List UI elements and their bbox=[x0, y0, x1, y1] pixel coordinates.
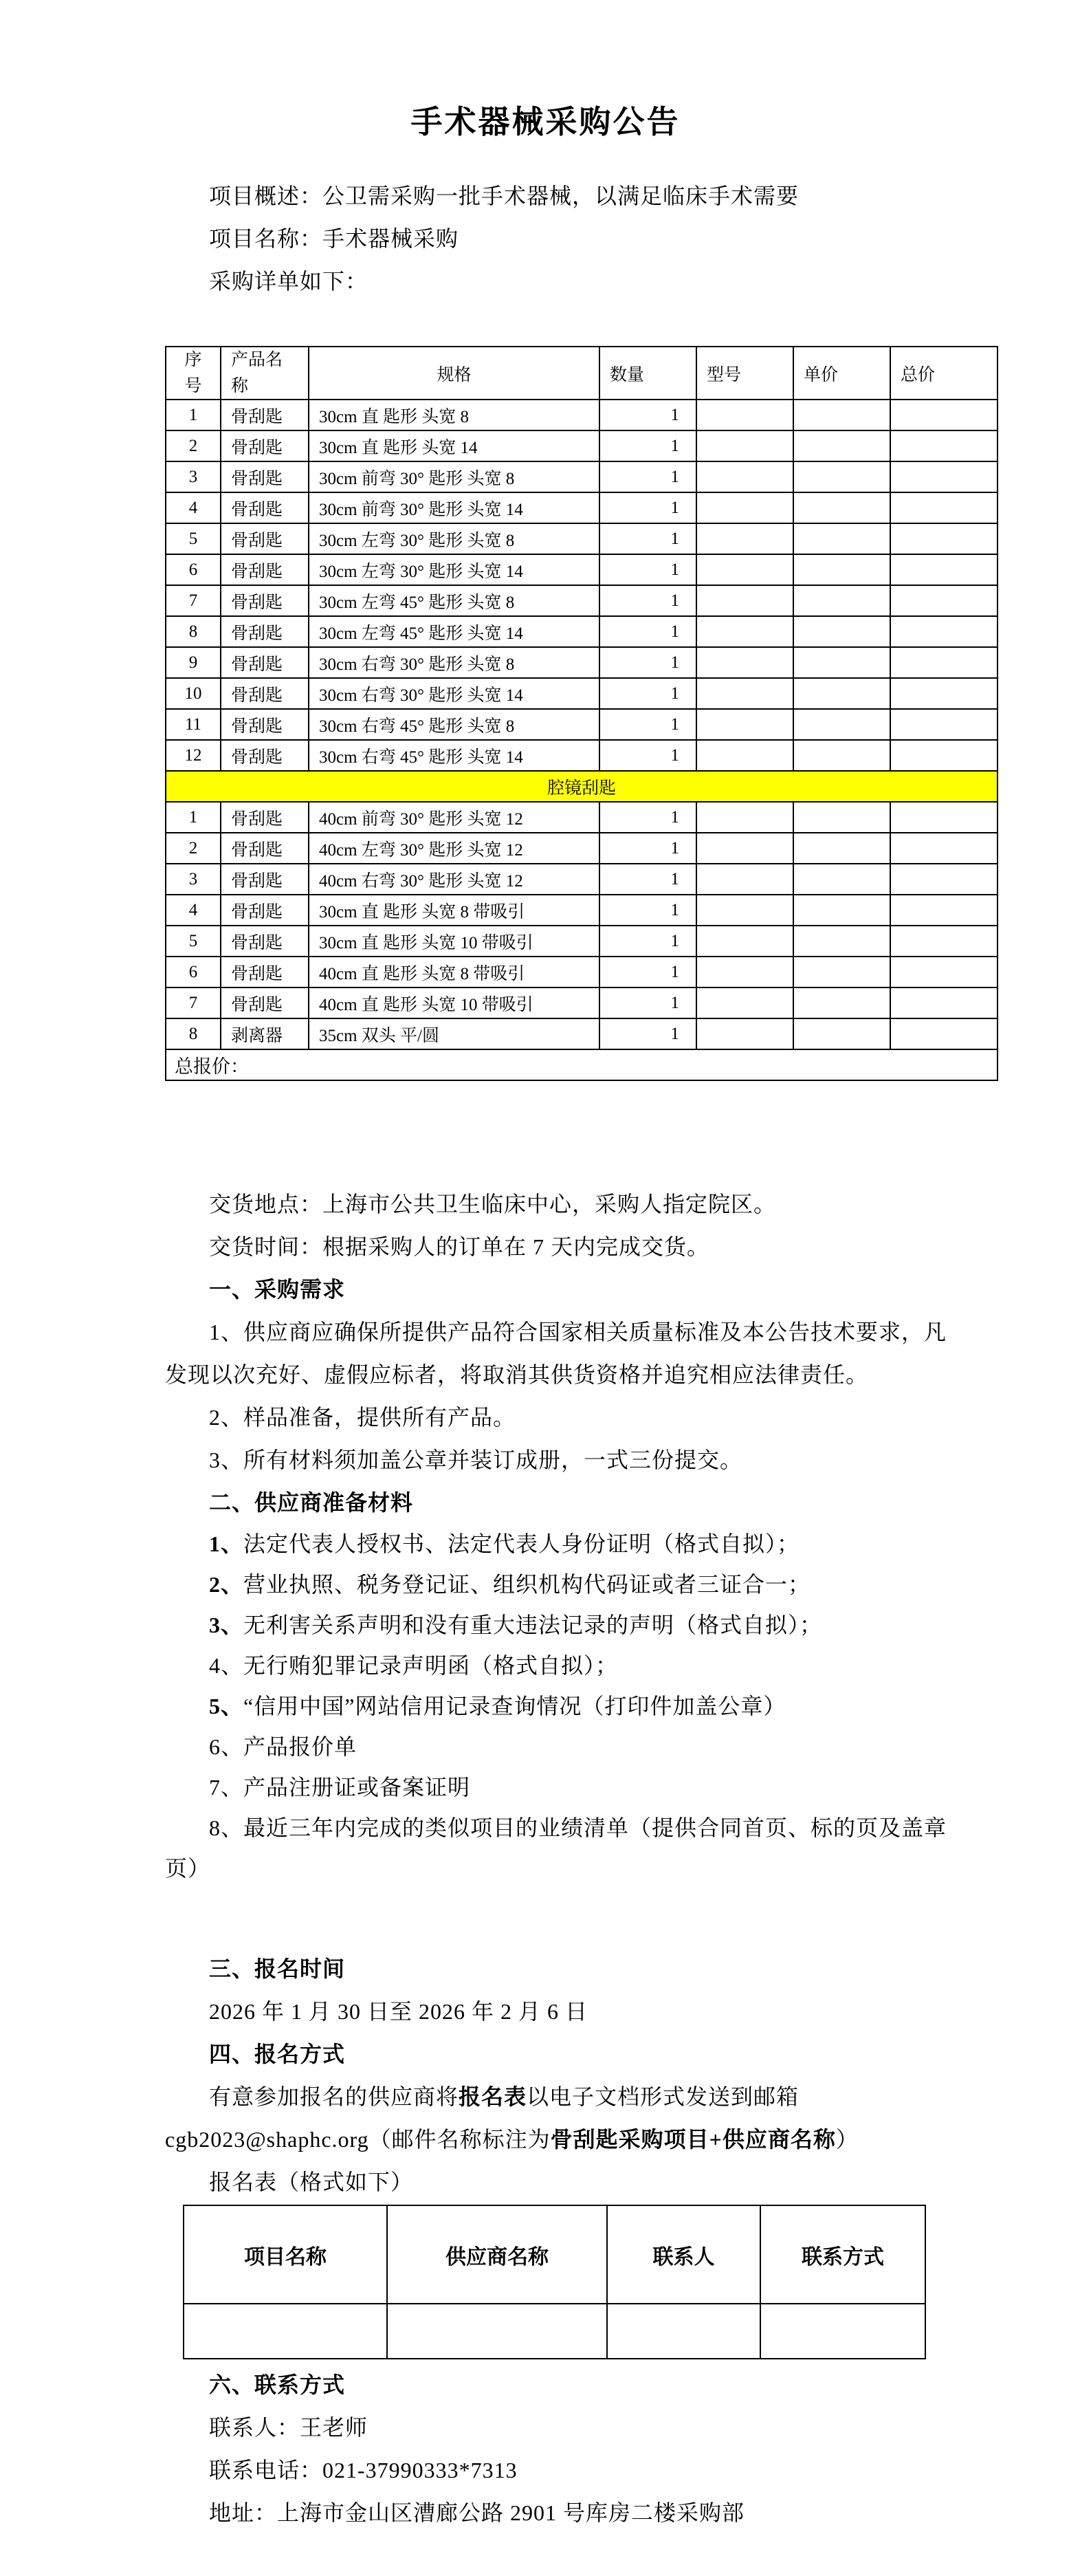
document-content: 项目概述：公卫需采购一批手术器械，以满足临床手术需要 项目名称：手术器械采购 采… bbox=[165, 175, 997, 2534]
model-cell bbox=[696, 492, 793, 523]
text-segment: 无利害关系声明和没有重大违法记录的声明（格式自拟）； bbox=[243, 1613, 822, 1637]
unit-price-cell bbox=[793, 678, 890, 709]
model-cell bbox=[696, 740, 793, 771]
row-number-cell: 1 bbox=[166, 400, 221, 430]
total-price-cell bbox=[890, 895, 998, 926]
spec-cell: 30cm 直 匙形 头宽 14 bbox=[309, 430, 599, 461]
material-item-2: 2、营业执照、税务登记证、组织机构代码证或者三证合一； bbox=[165, 1564, 997, 1605]
quantity-cell: 1 bbox=[599, 461, 696, 492]
unit-price-cell bbox=[793, 1018, 890, 1049]
row-number-cell: 11 bbox=[166, 709, 221, 740]
column-header-label: 序号 bbox=[181, 347, 206, 399]
quantity-cell: 1 bbox=[599, 833, 696, 864]
text-segment: 发现以次充好、虚假应标者，将取消其供货资格并追究相应法律责任。 bbox=[165, 1362, 868, 1387]
product-name-cell: 骨刮匙 bbox=[221, 926, 309, 957]
unit-price-cell bbox=[793, 430, 890, 461]
material-item-6: 6、产品报价单 bbox=[165, 1727, 997, 1767]
text-segment: “信用中国”网站信用记录查询情况（打印件加盖公章） bbox=[243, 1694, 786, 1718]
unit-price-cell bbox=[793, 987, 890, 1018]
total-price-cell bbox=[890, 492, 998, 523]
signup-column-header-3: 联系人 bbox=[607, 2205, 760, 2304]
section-divider-row: 腔镜刮匙 bbox=[166, 771, 998, 802]
product-name-cell: 骨刮匙 bbox=[221, 616, 309, 647]
signup-column-header-2: 供应商名称 bbox=[387, 2205, 607, 2304]
project-name: 项目名称：手术器械采购 bbox=[165, 217, 997, 260]
product-name-cell: 骨刮匙 bbox=[221, 864, 309, 895]
product-name-cell: 骨刮匙 bbox=[221, 740, 309, 771]
text-segment: 4、无行贿犯罪记录声明函（格式自拟）； bbox=[209, 1653, 618, 1678]
product-name-cell: 骨刮匙 bbox=[221, 678, 309, 709]
total-price-cell bbox=[890, 957, 998, 987]
section-divider-label: 腔镜刮匙 bbox=[166, 771, 998, 802]
spec-cell: 35cm 双头 平/圆 bbox=[309, 1018, 599, 1049]
procurement-row: 10骨刮匙30cm 右弯 30° 匙形 头宽 141 bbox=[166, 678, 998, 709]
document-title: 手术器械采购公告 bbox=[0, 0, 1091, 143]
model-cell bbox=[696, 709, 793, 740]
product-name-cell: 骨刮匙 bbox=[221, 585, 309, 616]
procurement-row: 7骨刮匙30cm 左弯 45° 匙形 头宽 81 bbox=[166, 585, 998, 616]
row-number-cell: 6 bbox=[166, 554, 221, 585]
quantity-cell: 1 bbox=[599, 678, 696, 709]
unit-price-cell bbox=[793, 833, 890, 864]
spec-cell: 30cm 直 匙形 头宽 8 bbox=[309, 400, 599, 430]
model-cell bbox=[696, 400, 793, 430]
quantity-cell: 1 bbox=[599, 554, 696, 585]
quantity-cell: 1 bbox=[599, 585, 696, 616]
model-cell bbox=[696, 1018, 793, 1049]
text-segment: 以电子文档形式发送到邮箱 bbox=[527, 2084, 799, 2109]
model-cell bbox=[696, 523, 793, 554]
quantity-cell: 1 bbox=[599, 987, 696, 1018]
material-item-4: 4、无行贿犯罪记录声明函（格式自拟）； bbox=[165, 1646, 997, 1686]
text-segment: 2、样品准备，提供所有产品。 bbox=[209, 1405, 516, 1430]
procurement-row: 11骨刮匙30cm 右弯 45° 匙形 头宽 81 bbox=[166, 709, 998, 740]
column-header-4: 数量 bbox=[599, 347, 696, 400]
bold-text-segment: 2、 bbox=[209, 1572, 243, 1597]
spec-cell: 40cm 直 匙形 头宽 8 带吸引 bbox=[309, 957, 599, 987]
product-name-cell: 骨刮匙 bbox=[221, 523, 309, 554]
row-number-cell: 10 bbox=[166, 678, 221, 709]
material-item-7: 7、产品注册证或备案证明 bbox=[165, 1767, 997, 1808]
material-item-1: 1、法定代表人授权书、法定代表人身份证明（格式自拟）； bbox=[165, 1524, 997, 1564]
spec-cell: 40cm 前弯 30° 匙形 头宽 12 bbox=[309, 802, 599, 833]
material-item-3: 3、无利害关系声明和没有重大违法记录的声明（格式自拟）； bbox=[165, 1605, 997, 1646]
signup-method-line-2: cgb2023@shaphc.org（邮件名称标注为骨刮匙采购项目+供应商名称） bbox=[165, 2118, 997, 2161]
total-price-cell bbox=[890, 554, 998, 585]
section1-heading: 一、采购需求 bbox=[165, 1268, 997, 1311]
product-name-cell: 骨刮匙 bbox=[221, 461, 309, 492]
procurement-row: 6骨刮匙30cm 左弯 30° 匙形 头宽 141 bbox=[166, 554, 998, 585]
spec-cell: 30cm 左弯 30° 匙形 头宽 14 bbox=[309, 554, 599, 585]
text-segment: 营业执照、税务登记证、组织机构代码证或者三证合一； bbox=[243, 1572, 811, 1597]
total-price-cell bbox=[890, 678, 998, 709]
spec-cell: 30cm 右弯 30° 匙形 头宽 8 bbox=[309, 647, 599, 678]
model-cell bbox=[696, 430, 793, 461]
signup-empty-row bbox=[184, 2304, 925, 2359]
procurement-header-row: 序号产品名称规格数量型号单价总价 bbox=[166, 347, 998, 400]
total-price-cell bbox=[890, 616, 998, 647]
text-segment: 8、最近三年内完成的类似项目的业绩清单（提供合同首页、标的页及盖章 bbox=[209, 1815, 947, 1840]
delivery-location: 交货地点：上海市公共卫生临床中心，采购人指定院区。 bbox=[165, 1183, 997, 1225]
quantity-cell: 1 bbox=[599, 802, 696, 833]
text-segment: 6、产品报价单 bbox=[209, 1734, 357, 1759]
product-name-cell: 骨刮匙 bbox=[221, 430, 309, 461]
product-name-cell: 骨刮匙 bbox=[221, 957, 309, 987]
row-number-cell: 12 bbox=[166, 740, 221, 771]
unit-price-cell bbox=[793, 461, 890, 492]
column-header-7: 总价 bbox=[890, 347, 998, 400]
product-name-cell: 骨刮匙 bbox=[221, 554, 309, 585]
procurement-row: 3骨刮匙40cm 右弯 30° 匙形 头宽 121 bbox=[166, 864, 998, 895]
quantity-cell: 1 bbox=[599, 647, 696, 678]
product-name-cell: 骨刮匙 bbox=[221, 833, 309, 864]
text-segment: 页） bbox=[165, 1856, 210, 1881]
quantity-cell: 1 bbox=[599, 740, 696, 771]
text-segment: ） bbox=[836, 2127, 859, 2152]
spec-cell: 30cm 前弯 30° 匙形 头宽 14 bbox=[309, 492, 599, 523]
spec-cell: 30cm 左弯 30° 匙形 头宽 8 bbox=[309, 523, 599, 554]
total-price-cell bbox=[890, 523, 998, 554]
model-cell bbox=[696, 585, 793, 616]
signup-empty-cell-3 bbox=[607, 2304, 760, 2359]
signup-date-range: 2026 年 1 月 30 日至 2026 年 2 月 6 日 bbox=[165, 1990, 997, 2033]
signup-form-note: 报名表（格式如下） bbox=[165, 2161, 997, 2203]
product-name-cell: 骨刮匙 bbox=[221, 492, 309, 523]
signup-method-line-1: 有意参加报名的供应商将报名表以电子文档形式发送到邮箱 bbox=[165, 2075, 997, 2118]
spec-cell: 30cm 直 匙形 头宽 10 带吸引 bbox=[309, 926, 599, 957]
spec-cell: 30cm 直 匙形 头宽 8 带吸引 bbox=[309, 895, 599, 926]
column-header-2: 产品名称 bbox=[221, 347, 309, 400]
row-number-cell: 4 bbox=[166, 492, 221, 523]
row-number-cell: 8 bbox=[166, 616, 221, 647]
signup-empty-cell-4 bbox=[760, 2304, 925, 2359]
contact-phone: 联系电话：021-37990333*7313 bbox=[165, 2449, 997, 2491]
quantity-cell: 1 bbox=[599, 1018, 696, 1049]
row-number-cell: 2 bbox=[166, 430, 221, 461]
model-cell bbox=[696, 895, 793, 926]
column-header-3: 规格 bbox=[309, 347, 599, 400]
total-price-cell bbox=[890, 740, 998, 771]
total-price-cell bbox=[890, 709, 998, 740]
text-segment: 3、所有材料须加盖公章并装订成册，一式三份提交。 bbox=[209, 1448, 742, 1472]
unit-price-cell bbox=[793, 400, 890, 430]
product-name-cell: 骨刮匙 bbox=[221, 647, 309, 678]
requirement-line-2: 发现以次充好、虚假应标者，将取消其供货资格并追究相应法律责任。 bbox=[165, 1353, 997, 1396]
row-number-cell: 2 bbox=[166, 833, 221, 864]
contact-address: 地址：上海市金山区漕廊公路 2901 号库房二楼采购部 bbox=[165, 2491, 997, 2534]
column-header-1: 序号 bbox=[166, 347, 221, 400]
quantity-cell: 1 bbox=[599, 957, 696, 987]
model-cell bbox=[696, 864, 793, 895]
detail-note: 采购详单如下： bbox=[165, 260, 997, 303]
signup-table: 项目名称供应商名称联系人联系方式 bbox=[183, 2205, 926, 2359]
signup-empty-cell-2 bbox=[387, 2304, 607, 2359]
total-price-cell bbox=[890, 802, 998, 833]
procurement-row: 8骨刮匙30cm 左弯 45° 匙形 头宽 141 bbox=[166, 616, 998, 647]
row-number-cell: 3 bbox=[166, 461, 221, 492]
procurement-row: 8剥离器35cm 双头 平/圆1 bbox=[166, 1018, 998, 1049]
total-price-cell bbox=[890, 647, 998, 678]
procurement-row: 9骨刮匙30cm 右弯 30° 匙形 头宽 81 bbox=[166, 647, 998, 678]
section3-heading: 三、报名时间 bbox=[165, 1947, 997, 1990]
procurement-table: 序号产品名称规格数量型号单价总价1骨刮匙30cm 直 匙形 头宽 812骨刮匙3… bbox=[165, 346, 998, 1081]
procurement-row: 1骨刮匙30cm 直 匙形 头宽 81 bbox=[166, 400, 998, 430]
requirement-line-3: 2、样品准备，提供所有产品。 bbox=[165, 1396, 997, 1439]
signup-column-header-4: 联系方式 bbox=[760, 2205, 925, 2304]
column-header-5: 型号 bbox=[696, 347, 793, 400]
model-cell bbox=[696, 802, 793, 833]
bold-text-segment: 5、 bbox=[209, 1694, 243, 1718]
model-cell bbox=[696, 554, 793, 585]
row-number-cell: 9 bbox=[166, 647, 221, 678]
row-number-cell: 4 bbox=[166, 895, 221, 926]
spec-cell: 30cm 前弯 30° 匙形 头宽 8 bbox=[309, 461, 599, 492]
document-page: 手术器械采购公告 项目概述：公卫需采购一批手术器械，以满足临床手术需要 项目名称… bbox=[0, 0, 1091, 2576]
spec-cell: 40cm 左弯 30° 匙形 头宽 12 bbox=[309, 833, 599, 864]
bold-text-segment: 1、 bbox=[209, 1531, 243, 1556]
row-number-cell: 7 bbox=[166, 987, 221, 1018]
total-price-cell bbox=[890, 987, 998, 1018]
row-number-cell: 6 bbox=[166, 957, 221, 987]
unit-price-cell bbox=[793, 957, 890, 987]
total-price-cell bbox=[890, 864, 998, 895]
product-name-cell: 骨刮匙 bbox=[221, 987, 309, 1018]
unit-price-cell bbox=[793, 802, 890, 833]
text-segment: 有意参加报名的供应商将 bbox=[209, 2084, 459, 2109]
signup-header-row: 项目名称供应商名称联系人联系方式 bbox=[184, 2205, 925, 2304]
procurement-row: 7骨刮匙40cm 直 匙形 头宽 10 带吸引1 bbox=[166, 987, 998, 1018]
row-number-cell: 5 bbox=[166, 523, 221, 554]
section4-heading: 四、报名方式 bbox=[165, 2033, 997, 2075]
unit-price-cell bbox=[793, 864, 890, 895]
bold-text-segment: 3、 bbox=[209, 1613, 243, 1637]
unit-price-cell bbox=[793, 895, 890, 926]
delivery-time: 交货时间：根据采购人的订单在 7 天内完成交货。 bbox=[165, 1225, 997, 1268]
unit-price-cell bbox=[793, 926, 890, 957]
model-cell bbox=[696, 461, 793, 492]
total-price-cell bbox=[890, 585, 998, 616]
quantity-cell: 1 bbox=[599, 864, 696, 895]
total-price-cell bbox=[890, 400, 998, 430]
unit-price-cell bbox=[793, 554, 890, 585]
spec-cell: 30cm 右弯 45° 匙形 头宽 14 bbox=[309, 740, 599, 771]
procurement-row: 3骨刮匙30cm 前弯 30° 匙形 头宽 81 bbox=[166, 461, 998, 492]
unit-price-cell bbox=[793, 585, 890, 616]
model-cell bbox=[696, 616, 793, 647]
column-header-label: 产品名称 bbox=[231, 347, 283, 399]
procurement-row: 6骨刮匙40cm 直 匙形 头宽 8 带吸引1 bbox=[166, 957, 998, 987]
row-number-cell: 8 bbox=[166, 1018, 221, 1049]
procurement-row: 2骨刮匙40cm 左弯 30° 匙形 头宽 121 bbox=[166, 833, 998, 864]
total-quote-label: 总报价： bbox=[166, 1049, 998, 1080]
model-cell bbox=[696, 678, 793, 709]
total-price-cell bbox=[890, 833, 998, 864]
model-cell bbox=[696, 987, 793, 1018]
unit-price-cell bbox=[793, 616, 890, 647]
requirement-line-1: 1、供应商应确保所提供产品符合国家相关质量标准及本公告技术要求，凡 bbox=[165, 1311, 997, 1353]
spec-cell: 30cm 右弯 45° 匙形 头宽 8 bbox=[309, 709, 599, 740]
row-number-cell: 7 bbox=[166, 585, 221, 616]
procurement-row: 1骨刮匙40cm 前弯 30° 匙形 头宽 121 bbox=[166, 802, 998, 833]
unit-price-cell bbox=[793, 492, 890, 523]
quantity-cell: 1 bbox=[599, 616, 696, 647]
column-header-6: 单价 bbox=[793, 347, 890, 400]
spec-cell: 40cm 直 匙形 头宽 10 带吸引 bbox=[309, 987, 599, 1018]
product-name-cell: 骨刮匙 bbox=[221, 802, 309, 833]
material-item-5: 5、“信用中国”网站信用记录查询情况（打印件加盖公章） bbox=[165, 1686, 997, 1727]
text-segment: 7、产品注册证或备案证明 bbox=[209, 1775, 470, 1800]
section2-heading: 二、供应商准备材料 bbox=[165, 1481, 997, 1524]
text-segment: cgb2023@shaphc.org（邮件名称标注为 bbox=[165, 2127, 551, 2152]
spec-cell: 30cm 左弯 45° 匙形 头宽 14 bbox=[309, 616, 599, 647]
text-segment: 法定代表人授权书、法定代表人身份证明（格式自拟）； bbox=[243, 1531, 800, 1556]
quantity-cell: 1 bbox=[599, 400, 696, 430]
product-name-cell: 骨刮匙 bbox=[221, 709, 309, 740]
unit-price-cell bbox=[793, 523, 890, 554]
spec-cell: 30cm 右弯 30° 匙形 头宽 14 bbox=[309, 678, 599, 709]
text-segment: 1、供应商应确保所提供产品符合国家相关质量标准及本公告技术要求，凡 bbox=[209, 1320, 947, 1344]
model-cell bbox=[696, 926, 793, 957]
row-number-cell: 3 bbox=[166, 864, 221, 895]
quantity-cell: 1 bbox=[599, 709, 696, 740]
quantity-cell: 1 bbox=[599, 523, 696, 554]
total-price-cell bbox=[890, 461, 998, 492]
product-name-cell: 骨刮匙 bbox=[221, 400, 309, 430]
spec-cell: 40cm 右弯 30° 匙形 头宽 12 bbox=[309, 864, 599, 895]
row-number-cell: 5 bbox=[166, 926, 221, 957]
total-price-cell bbox=[890, 430, 998, 461]
section6-heading: 六、联系方式 bbox=[165, 2364, 997, 2406]
quantity-cell: 1 bbox=[599, 492, 696, 523]
procurement-row: 2骨刮匙30cm 直 匙形 头宽 141 bbox=[166, 430, 998, 461]
material-item-8: 8、最近三年内完成的类似项目的业绩清单（提供合同首页、标的页及盖章 bbox=[165, 1808, 997, 1848]
unit-price-cell bbox=[793, 647, 890, 678]
material-item-8-wrap: 页） bbox=[165, 1848, 997, 1889]
product-name-cell: 骨刮匙 bbox=[221, 895, 309, 926]
quantity-cell: 1 bbox=[599, 926, 696, 957]
bold-text-segment: 报名表 bbox=[459, 2084, 527, 2109]
procurement-row: 5骨刮匙30cm 左弯 30° 匙形 头宽 81 bbox=[166, 523, 998, 554]
product-name-cell: 剥离器 bbox=[221, 1018, 309, 1049]
model-cell bbox=[696, 957, 793, 987]
bold-text-segment: 骨刮匙采购项目+供应商名称 bbox=[551, 2127, 836, 2152]
procurement-row: 5骨刮匙30cm 直 匙形 头宽 10 带吸引1 bbox=[166, 926, 998, 957]
total-price-cell bbox=[890, 926, 998, 957]
signup-empty-cell-1 bbox=[184, 2304, 387, 2359]
quantity-cell: 1 bbox=[599, 430, 696, 461]
unit-price-cell bbox=[793, 740, 890, 771]
project-overview: 项目概述：公卫需采购一批手术器械，以满足临床手术需要 bbox=[165, 175, 997, 217]
total-price-cell bbox=[890, 1018, 998, 1049]
row-number-cell: 1 bbox=[166, 802, 221, 833]
procurement-row: 4骨刮匙30cm 前弯 30° 匙形 头宽 141 bbox=[166, 492, 998, 523]
unit-price-cell bbox=[793, 709, 890, 740]
requirement-line-4: 3、所有材料须加盖公章并装订成册，一式三份提交。 bbox=[165, 1439, 997, 1481]
procurement-row: 12骨刮匙30cm 右弯 45° 匙形 头宽 141 bbox=[166, 740, 998, 771]
procurement-row: 4骨刮匙30cm 直 匙形 头宽 8 带吸引1 bbox=[166, 895, 998, 926]
signup-column-header-1: 项目名称 bbox=[184, 2205, 387, 2304]
spec-cell: 30cm 左弯 45° 匙形 头宽 8 bbox=[309, 585, 599, 616]
model-cell bbox=[696, 647, 793, 678]
model-cell bbox=[696, 833, 793, 864]
quantity-cell: 1 bbox=[599, 895, 696, 926]
contact-person: 联系人：王老师 bbox=[165, 2406, 997, 2449]
total-quote-row: 总报价： bbox=[166, 1049, 998, 1080]
